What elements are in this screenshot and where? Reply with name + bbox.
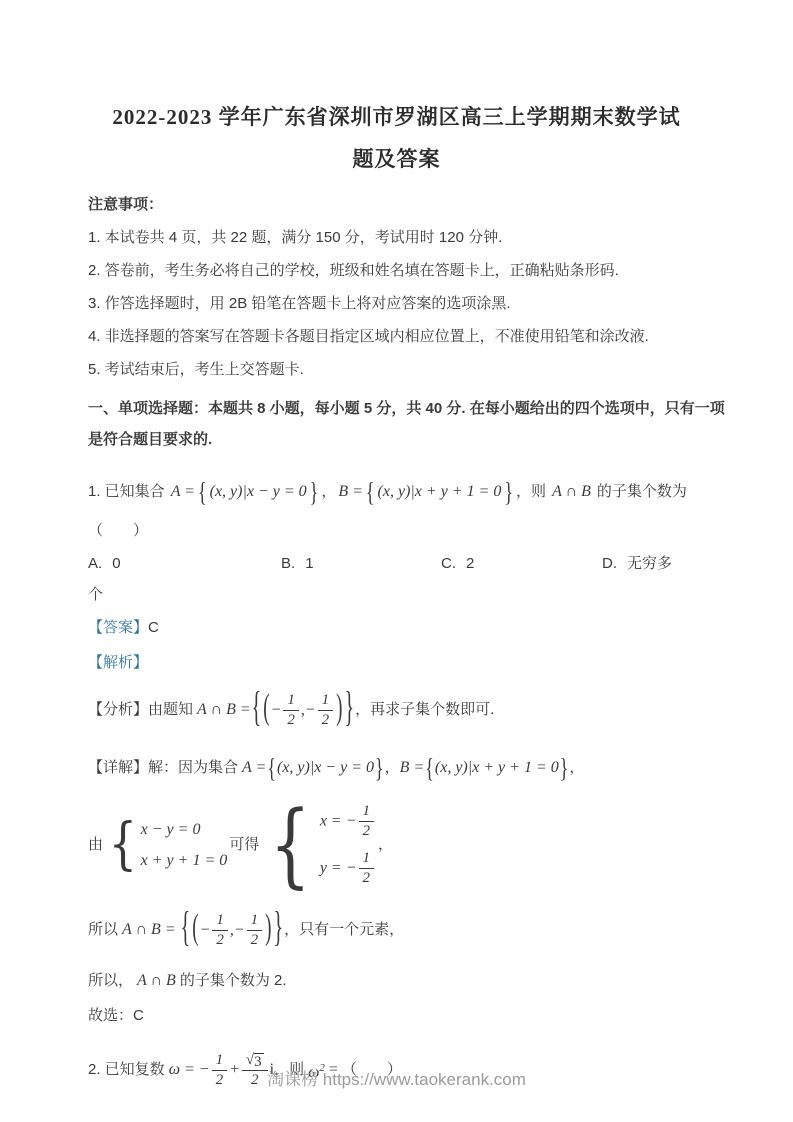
fraction: 12 [247, 912, 263, 949]
choose-line: 故选：C [88, 1006, 737, 1026]
minus-sign: − [234, 921, 245, 938]
open-brace: { [180, 907, 192, 949]
fenxi-lhs: A ∩ B = [197, 700, 251, 720]
point-set: {(−12,−12)} [180, 912, 284, 949]
document-title-line-2: 题及答案 [0, 138, 793, 180]
notice-item-3: 3. 作答选择题时，用 2B 铅笔在答题卡上将对应答案的选项涂黑. [88, 294, 737, 314]
fraction: 12 [359, 803, 375, 840]
notice-item-2: 2. 答卷前，考生务必将自己的学校，班级和姓名填在答题卡上，正确粘贴条形码. [88, 261, 737, 281]
fraction: 12 [212, 912, 228, 949]
result-y-pre: y = − [320, 859, 357, 876]
fraction-denominator: 2 [363, 822, 371, 840]
so1-lhs: A ∩ B = [122, 920, 176, 940]
document-title: 2022-2023 学年广东省深圳市罗湖区高三上学期期末数学试 题及答案 [0, 0, 793, 180]
exam-document-page: 2022-2023 学年广东省深圳市罗湖区高三上学期期末数学试 题及答案 注意事… [0, 0, 793, 1122]
set-a-body: (x, y)|x − y = 0 [210, 482, 307, 502]
set-b-lhs: B = [338, 482, 363, 502]
option-c: C.2 [441, 554, 602, 574]
fenxi-label: 【分析】 [88, 700, 148, 720]
close-brace: } [503, 477, 514, 507]
intersection-expression: A ∩ B [552, 482, 591, 502]
set-a-lhs: A = [242, 758, 266, 778]
answer-value: C [148, 619, 159, 636]
cases-brace: { [270, 799, 311, 891]
answer-tag: 【答案】 [88, 619, 148, 636]
fraction-denominator: 2 [363, 869, 371, 887]
option-b-text: 1 [305, 555, 313, 572]
analysis-line: 【解析】 [88, 653, 737, 673]
question-1-answer-blank: （ ） [88, 521, 737, 541]
xiangjie-pre: 解：因为集合 [148, 758, 238, 778]
derive-line: 由 { x − y = 0 x + y + 1 = 0 可得 { x = −12… [88, 793, 737, 897]
fraction-denominator: 2 [287, 711, 295, 729]
set-a-lhs: A = [171, 482, 195, 502]
option-a-text: 0 [112, 555, 120, 572]
close-brace: } [344, 687, 356, 729]
set-a-body: (x, y)|x − y = 0 [277, 758, 374, 778]
fraction: 12 [318, 692, 334, 729]
equation-2: x + y + 1 = 0 [141, 851, 228, 871]
question-1-prefix: 1. 已知集合 [88, 482, 165, 502]
question-1-options: A.0 B.1 C.2 D.无穷多 [88, 554, 737, 574]
close-brace: } [374, 753, 385, 783]
open-paren: ( [191, 910, 199, 948]
derive-post: ， [378, 835, 393, 855]
fraction-denominator: 2 [216, 931, 224, 949]
open-brace: { [266, 753, 277, 783]
fraction-numerator: 1 [283, 692, 299, 711]
open-brace: { [424, 753, 435, 783]
cases-brace: { [109, 817, 138, 873]
footer-site-link[interactable]: 淘课榜 https://www.taokerank.com [267, 1070, 526, 1089]
set-b-body: (x, y)|x + y + 1 = 0 [435, 758, 559, 778]
open-paren: ( [262, 690, 270, 728]
result-row-y: y = −12 [320, 850, 376, 887]
option-d-overflow: 个 [88, 585, 737, 605]
point-set: {(−12,−12)} [251, 692, 355, 729]
result-x-pre: x = − [320, 812, 357, 829]
fraction: 12 [283, 692, 299, 729]
minus-sign: − [305, 701, 316, 718]
question-1-stem: 1. 已知集合 A = { (x, y)|x − y = 0 } ， B = {… [88, 467, 737, 517]
separator: ， [321, 482, 336, 502]
document-body: 注意事项： 1. 本试卷共 4 页，共 22 题，满分 150 分，考试用时 1… [0, 195, 793, 1100]
fraction-numerator: 1 [247, 912, 263, 931]
fraction-denominator: 2 [251, 931, 259, 949]
intersection-expression: A ∩ B [137, 971, 176, 991]
xiangjie-post: ， [569, 758, 584, 778]
notice-item-4: 4. 非选择题的答案写在答题卡各题目指定区域内相应位置上，不准使用铅笔和涂改液. [88, 327, 737, 347]
option-d-label: D. [602, 555, 617, 572]
fraction-numerator: 1 [359, 850, 375, 869]
document-title-line-1: 2022-2023 学年广东省深圳市罗湖区高三上学期期末数学试 [0, 96, 793, 138]
xiangjie-label: 【详解】 [88, 758, 148, 778]
cases-rows: x − y = 0 x + y + 1 = 0 [141, 820, 228, 871]
derive-mid: 可得 [229, 835, 259, 855]
notice-item-5: 5. 考试结束后，考生上交答题卡. [88, 360, 737, 380]
fraction-numerator: 1 [212, 912, 228, 931]
close-brace: } [272, 907, 284, 949]
option-a-label: A. [88, 555, 102, 572]
equation-system-result: { x = −12 y = −12 [261, 799, 376, 891]
cases-rows: x = −12 y = −12 [320, 803, 376, 887]
question-1-suffix: 的子集个数为 [597, 482, 687, 502]
fraction-numerator: 1 [359, 803, 375, 822]
fenxi-post: ，再求子集个数即可. [355, 700, 494, 720]
option-d-text: 无穷多 [627, 555, 672, 572]
option-c-text: 2 [466, 555, 474, 572]
option-b-label: B. [281, 555, 295, 572]
minus-sign: − [271, 701, 282, 718]
close-brace: } [559, 753, 570, 783]
section-heading-single-choice: 一、单项选择题：本题共 8 小题，每小题 5 分，共 40 分. 在每小题给出的… [88, 393, 737, 455]
notice-heading: 注意事项： [88, 195, 737, 215]
close-paren: ) [335, 690, 343, 728]
set-b-body: (x, y)|x + y + 1 = 0 [378, 482, 502, 502]
close-paren: ) [264, 910, 272, 948]
fraction-numerator: 1 [318, 692, 334, 711]
separator: ， [385, 758, 400, 778]
footer: 淘课榜 https://www.taokerank.com [0, 1065, 793, 1090]
open-brace: { [197, 477, 208, 507]
fraction: 12 [359, 850, 375, 887]
answer-line: 【答案】C [88, 618, 737, 638]
option-c-label: C. [441, 555, 456, 572]
so1-pre: 所以 [88, 920, 118, 940]
fenxi-pre: 由题知 [148, 700, 193, 720]
so2-line: 所以， A ∩ B 的子集个数为 2. [88, 971, 737, 991]
derive-pre: 由 [88, 835, 103, 855]
set-b-lhs: B = [400, 758, 425, 778]
fraction-denominator: 2 [322, 711, 330, 729]
option-d: D.无穷多 [602, 554, 737, 574]
so1-line: 所以 A ∩ B = {(−12,−12)} ，只有一个元素， [88, 899, 737, 961]
result-row-x: x = −12 [320, 803, 376, 840]
question-1-then: ，则 [516, 482, 546, 502]
equation-system-given: { x − y = 0 x + y + 1 = 0 [105, 817, 227, 873]
open-brace: { [365, 477, 376, 507]
so1-post: ，只有一个元素， [284, 920, 404, 940]
equation-1: x − y = 0 [141, 820, 228, 840]
so2-post: 的子集个数为 2. [180, 971, 287, 991]
notice-item-1: 1. 本试卷共 4 页，共 22 题，满分 150 分，考试用时 120 分钟. [88, 228, 737, 248]
analysis-tag: 【解析】 [88, 654, 148, 671]
option-a: A.0 [88, 554, 281, 574]
open-brace: { [251, 687, 263, 729]
minus-sign: − [200, 921, 211, 938]
option-b: B.1 [281, 554, 441, 574]
fenxi-line: 【分析】 由题知 A ∩ B = {(−12,−12)} ，再求子集个数即可. [88, 679, 737, 741]
xiangjie-line: 【详解】 解：因为集合 A = { (x, y)|x − y = 0 } ， B… [88, 745, 737, 791]
close-brace: } [309, 477, 320, 507]
so2-pre: 所以， [88, 971, 133, 991]
